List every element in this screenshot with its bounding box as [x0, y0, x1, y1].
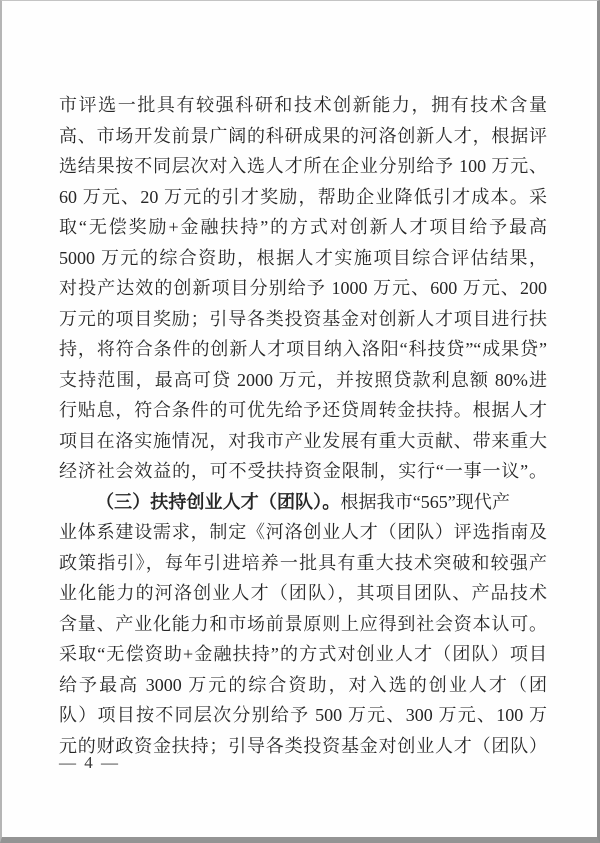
text-line: 元的财政资金扶持；引导各类投资基金对创业人才（团队）	[59, 731, 547, 762]
body-text: 元的财政资金扶持；引导各类投资基金对创业人才（团队）	[59, 736, 547, 756]
body-text: 对投产达效的创新项目分别给予 1000 万元、600 万元、200	[59, 278, 547, 298]
text-line: 项目在洛实施情况，对我市产业发展有重大贡献、带来重大	[59, 426, 547, 457]
document-body: 市评选一批具有较强科研和技术创新能力，拥有技术含量高、市场开发前景广阔的科研成果…	[59, 90, 547, 761]
body-text: 5000 万元的综合资助，根据人才实施项目综合评估结果，	[59, 248, 547, 268]
body-text: 含量、产业化能力和市场前景原则上应得到社会资本认可。	[59, 614, 547, 634]
text-line: 给予最高 3000 万元的综合资助，对入选的创业人才（团	[59, 670, 547, 701]
text-line: 业化能力的河洛创业人才（团队），其项目团队、产品技术	[59, 578, 547, 609]
text-line: 业体系建设需求，制定《河洛创业人才（团队）评选指南及	[59, 517, 547, 548]
text-line: 万元的项目奖励；引导各类投资基金对创新人才项目进行扶	[59, 304, 547, 335]
body-text: 持，将符合条件的创新人才项目纳入洛阳“科技贷”“成果贷”	[59, 339, 547, 359]
text-line: 含量、产业化能力和市场前景原则上应得到社会资本认可。	[59, 609, 547, 640]
body-text: 60 万元、20 万元的引才奖励，帮助企业降低引才成本。采	[59, 187, 547, 207]
text-line: 支持范围，最高可贷 2000 万元，并按照贷款利息额 80%进	[59, 365, 547, 396]
text-line: 高、市场开发前景广阔的科研成果的河洛创新人才，根据评	[59, 121, 547, 152]
text-line: 经济社会效益的，可不受扶持资金限制，实行“一事一议”。	[59, 456, 547, 487]
text-line: 60 万元、20 万元的引才奖励，帮助企业降低引才成本。采	[59, 182, 547, 213]
text-line: 政策指引》，每年引进培养一批具有重大技术突破和较强产	[59, 548, 547, 579]
body-text: 行贴息，符合条件的可优先给予还贷周转金扶持。根据人才	[59, 400, 547, 420]
body-text: 业体系建设需求，制定《河洛创业人才（团队）评选指南及	[59, 522, 547, 542]
body-text: 取“无偿奖励+金融扶持”的方式对创新人才项目给予最高	[59, 217, 547, 237]
scanned-document-page: 市评选一批具有较强科研和技术创新能力，拥有技术含量高、市场开发前景广阔的科研成果…	[0, 0, 600, 843]
text-line: 市评选一批具有较强科研和技术创新能力，拥有技术含量	[59, 90, 547, 121]
body-text: 市评选一批具有较强科研和技术创新能力，拥有技术含量	[59, 95, 547, 115]
body-text: 业化能力的河洛创业人才（团队），其项目团队、产品技术	[59, 583, 547, 603]
text-line: 队）项目按不同层次分别给予 500 万元、300 万元、100 万	[59, 700, 547, 731]
text-line: 对投产达效的创新项目分别给予 1000 万元、600 万元、200	[59, 273, 547, 304]
body-text: 项目在洛实施情况，对我市产业发展有重大贡献、带来重大	[59, 431, 547, 451]
text-line: （三）扶持创业人才（团队）。根据我市“565”现代产	[59, 487, 510, 518]
body-text: 政策指引》，每年引进培养一批具有重大技术突破和较强产	[59, 553, 547, 573]
body-text: 选结果按不同层次对入选人才所在企业分别给予 100 万元、	[59, 156, 547, 176]
body-text: 队）项目按不同层次分别给予 500 万元、300 万元、100 万	[59, 705, 547, 725]
body-text: 经济社会效益的，可不受扶持资金限制，实行“一事一议”。	[59, 461, 547, 481]
text-line: 持，将符合条件的创新人才项目纳入洛阳“科技贷”“成果贷”	[59, 334, 547, 365]
section-heading-text: （三）扶持创业人才（团队）。	[96, 492, 340, 512]
body-text: 根据我市“565”现代产	[340, 492, 510, 512]
body-text: 采取“无偿资助+金融扶持”的方式对创业人才（团队）项目	[59, 644, 547, 664]
text-line: 5000 万元的综合资助，根据人才实施项目综合评估结果，	[59, 243, 547, 274]
body-text: 高、市场开发前景广阔的科研成果的河洛创新人才，根据评	[59, 126, 547, 146]
text-line: 采取“无偿资助+金融扶持”的方式对创业人才（团队）项目	[59, 639, 547, 670]
body-text: 万元的项目奖励；引导各类投资基金对创新人才项目进行扶	[59, 309, 547, 329]
text-line: 取“无偿奖励+金融扶持”的方式对创新人才项目给予最高	[59, 212, 547, 243]
text-line: 行贴息，符合条件的可优先给予还贷周转金扶持。根据人才	[59, 395, 547, 426]
body-text: 支持范围，最高可贷 2000 万元，并按照贷款利息额 80%进	[59, 370, 547, 390]
page-number: — 4 —	[59, 753, 120, 773]
body-text: 给予最高 3000 万元的综合资助，对入选的创业人才（团	[59, 675, 547, 695]
text-line: 选结果按不同层次对入选人才所在企业分别给予 100 万元、	[59, 151, 547, 182]
